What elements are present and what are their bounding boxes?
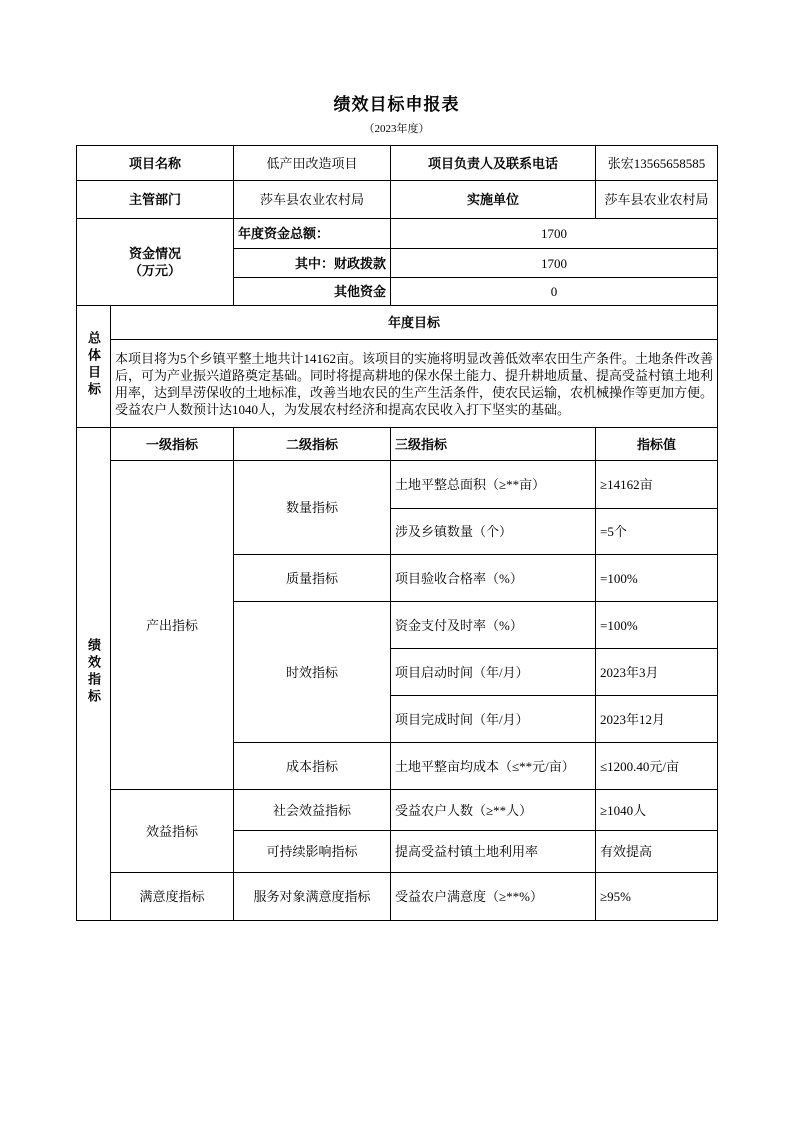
row-annual-goal-content: 本项目将为5个乡镇平整土地共计14162亩。该项目的实施将明显改善低效率农田生产… xyxy=(77,340,718,428)
implementer-label: 实施单位 xyxy=(391,181,596,219)
funding-fiscal-label: 其中：财政拨款 xyxy=(234,249,391,278)
overall-goal-side-label: 总体目标 xyxy=(87,331,100,399)
funding-total-label: 年度资金总额： xyxy=(234,219,391,249)
indicators-side-label: 绩效指标 xyxy=(87,638,100,706)
row-indicator-headers: 绩效指标 一级指标 二级指标 三级指标 指标值 xyxy=(77,428,718,461)
project-name-label: 项目名称 xyxy=(77,146,234,181)
level3-start-time: 项目启动时间（年/月） xyxy=(391,649,596,696)
project-name-value: 低产田改造项目 xyxy=(234,146,391,181)
value-unit-cost: ≤1200.40元/亩 xyxy=(596,743,718,790)
level1-benefit: 效益指标 xyxy=(111,790,234,873)
level2-social-benefit: 社会效益指标 xyxy=(234,790,391,831)
value-beneficiaries: ≥1040人 xyxy=(596,790,718,831)
page-subtitle: （2023年度） xyxy=(0,122,793,136)
leader-label: 项目负责人及联系电话 xyxy=(391,146,596,181)
funding-fiscal-value: 1700 xyxy=(391,249,718,278)
indicator-row: 效益指标 社会效益指标 受益农户人数（≥**人） ≥1040人 xyxy=(77,790,718,831)
leader-value: 张宏13565658585 xyxy=(596,146,718,181)
level3-townships: 涉及乡镇数量（个） xyxy=(391,509,596,555)
level2-timeliness: 时效指标 xyxy=(234,602,391,743)
funding-other-label: 其他资金 xyxy=(234,278,391,306)
row-annual-goal-header: 总体目标 年度目标 xyxy=(77,306,718,340)
indicators-side-label-cell: 绩效指标 xyxy=(77,428,111,921)
header-level3: 三级指标 xyxy=(391,428,596,461)
header-value: 指标值 xyxy=(596,428,718,461)
row-department: 主管部门 莎车县农业农村局 实施单位 莎车县农业农村局 xyxy=(77,181,718,219)
indicator-row: 产出指标 数量指标 土地平整总面积（≥**亩） ≥14162亩 xyxy=(77,461,718,509)
implementer-value: 莎车县农业农村局 xyxy=(596,181,718,219)
row-project-name: 项目名称 低产田改造项目 项目负责人及联系电话 张宏13565658585 xyxy=(77,146,718,181)
level3-land-utilization: 提高受益村镇土地利用率 xyxy=(391,831,596,873)
level3-payment-rate: 资金支付及时率（%） xyxy=(391,602,596,649)
document-page: 绩效目标申报表 （2023年度） 项目名称 低产田改造项目 项目负责人及联系电话… xyxy=(0,0,793,1122)
funding-other-value: 0 xyxy=(391,278,718,306)
value-finish-time: 2023年12月 xyxy=(596,696,718,743)
level3-acceptance-rate: 项目验收合格率（%） xyxy=(391,555,596,602)
level2-service-satisfaction: 服务对象满意度指标 xyxy=(234,873,391,921)
funding-label-line1: 资金情况 xyxy=(81,245,229,262)
level2-quantity: 数量指标 xyxy=(234,461,391,555)
level3-unit-cost: 土地平整亩均成本（≤**元/亩） xyxy=(391,743,596,790)
funding-label-line2: （万元） xyxy=(81,262,229,279)
value-townships: =5个 xyxy=(596,509,718,555)
annual-goal-header: 年度目标 xyxy=(111,306,718,340)
department-value: 莎车县农业农村局 xyxy=(234,181,391,219)
annual-goal-content: 本项目将为5个乡镇平整土地共计14162亩。该项目的实施将明显改善低效率农田生产… xyxy=(111,340,718,428)
funding-label: 资金情况 （万元） xyxy=(77,219,234,306)
level3-finish-time: 项目完成时间（年/月） xyxy=(391,696,596,743)
value-land-area: ≥14162亩 xyxy=(596,461,718,509)
header-level1: 一级指标 xyxy=(111,428,234,461)
level1-satisfaction: 满意度指标 xyxy=(111,873,234,921)
level3-beneficiaries: 受益农户人数（≥**人） xyxy=(391,790,596,831)
level3-farmer-satisfaction: 受益农户满意度（≥**%） xyxy=(391,873,596,921)
value-land-utilization: 有效提高 xyxy=(596,831,718,873)
performance-target-form-table: 项目名称 低产田改造项目 项目负责人及联系电话 张宏13565658585 主管… xyxy=(76,145,718,921)
overall-goal-side-label-cell: 总体目标 xyxy=(77,306,111,428)
value-payment-rate: =100% xyxy=(596,602,718,649)
value-farmer-satisfaction: ≥95% xyxy=(596,873,718,921)
level3-land-area: 土地平整总面积（≥**亩） xyxy=(391,461,596,509)
indicator-row: 满意度指标 服务对象满意度指标 受益农户满意度（≥**%） ≥95% xyxy=(77,873,718,921)
level1-output: 产出指标 xyxy=(111,461,234,790)
header-level2: 二级指标 xyxy=(234,428,391,461)
level2-quality: 质量指标 xyxy=(234,555,391,602)
row-funding-total: 资金情况 （万元） 年度资金总额： 1700 xyxy=(77,219,718,249)
funding-total-value: 1700 xyxy=(391,219,718,249)
level2-sustainability: 可持续影响指标 xyxy=(234,831,391,873)
page-title: 绩效目标申报表 xyxy=(0,0,793,116)
department-label: 主管部门 xyxy=(77,181,234,219)
level2-cost: 成本指标 xyxy=(234,743,391,790)
value-acceptance-rate: =100% xyxy=(596,555,718,602)
value-start-time: 2023年3月 xyxy=(596,649,718,696)
